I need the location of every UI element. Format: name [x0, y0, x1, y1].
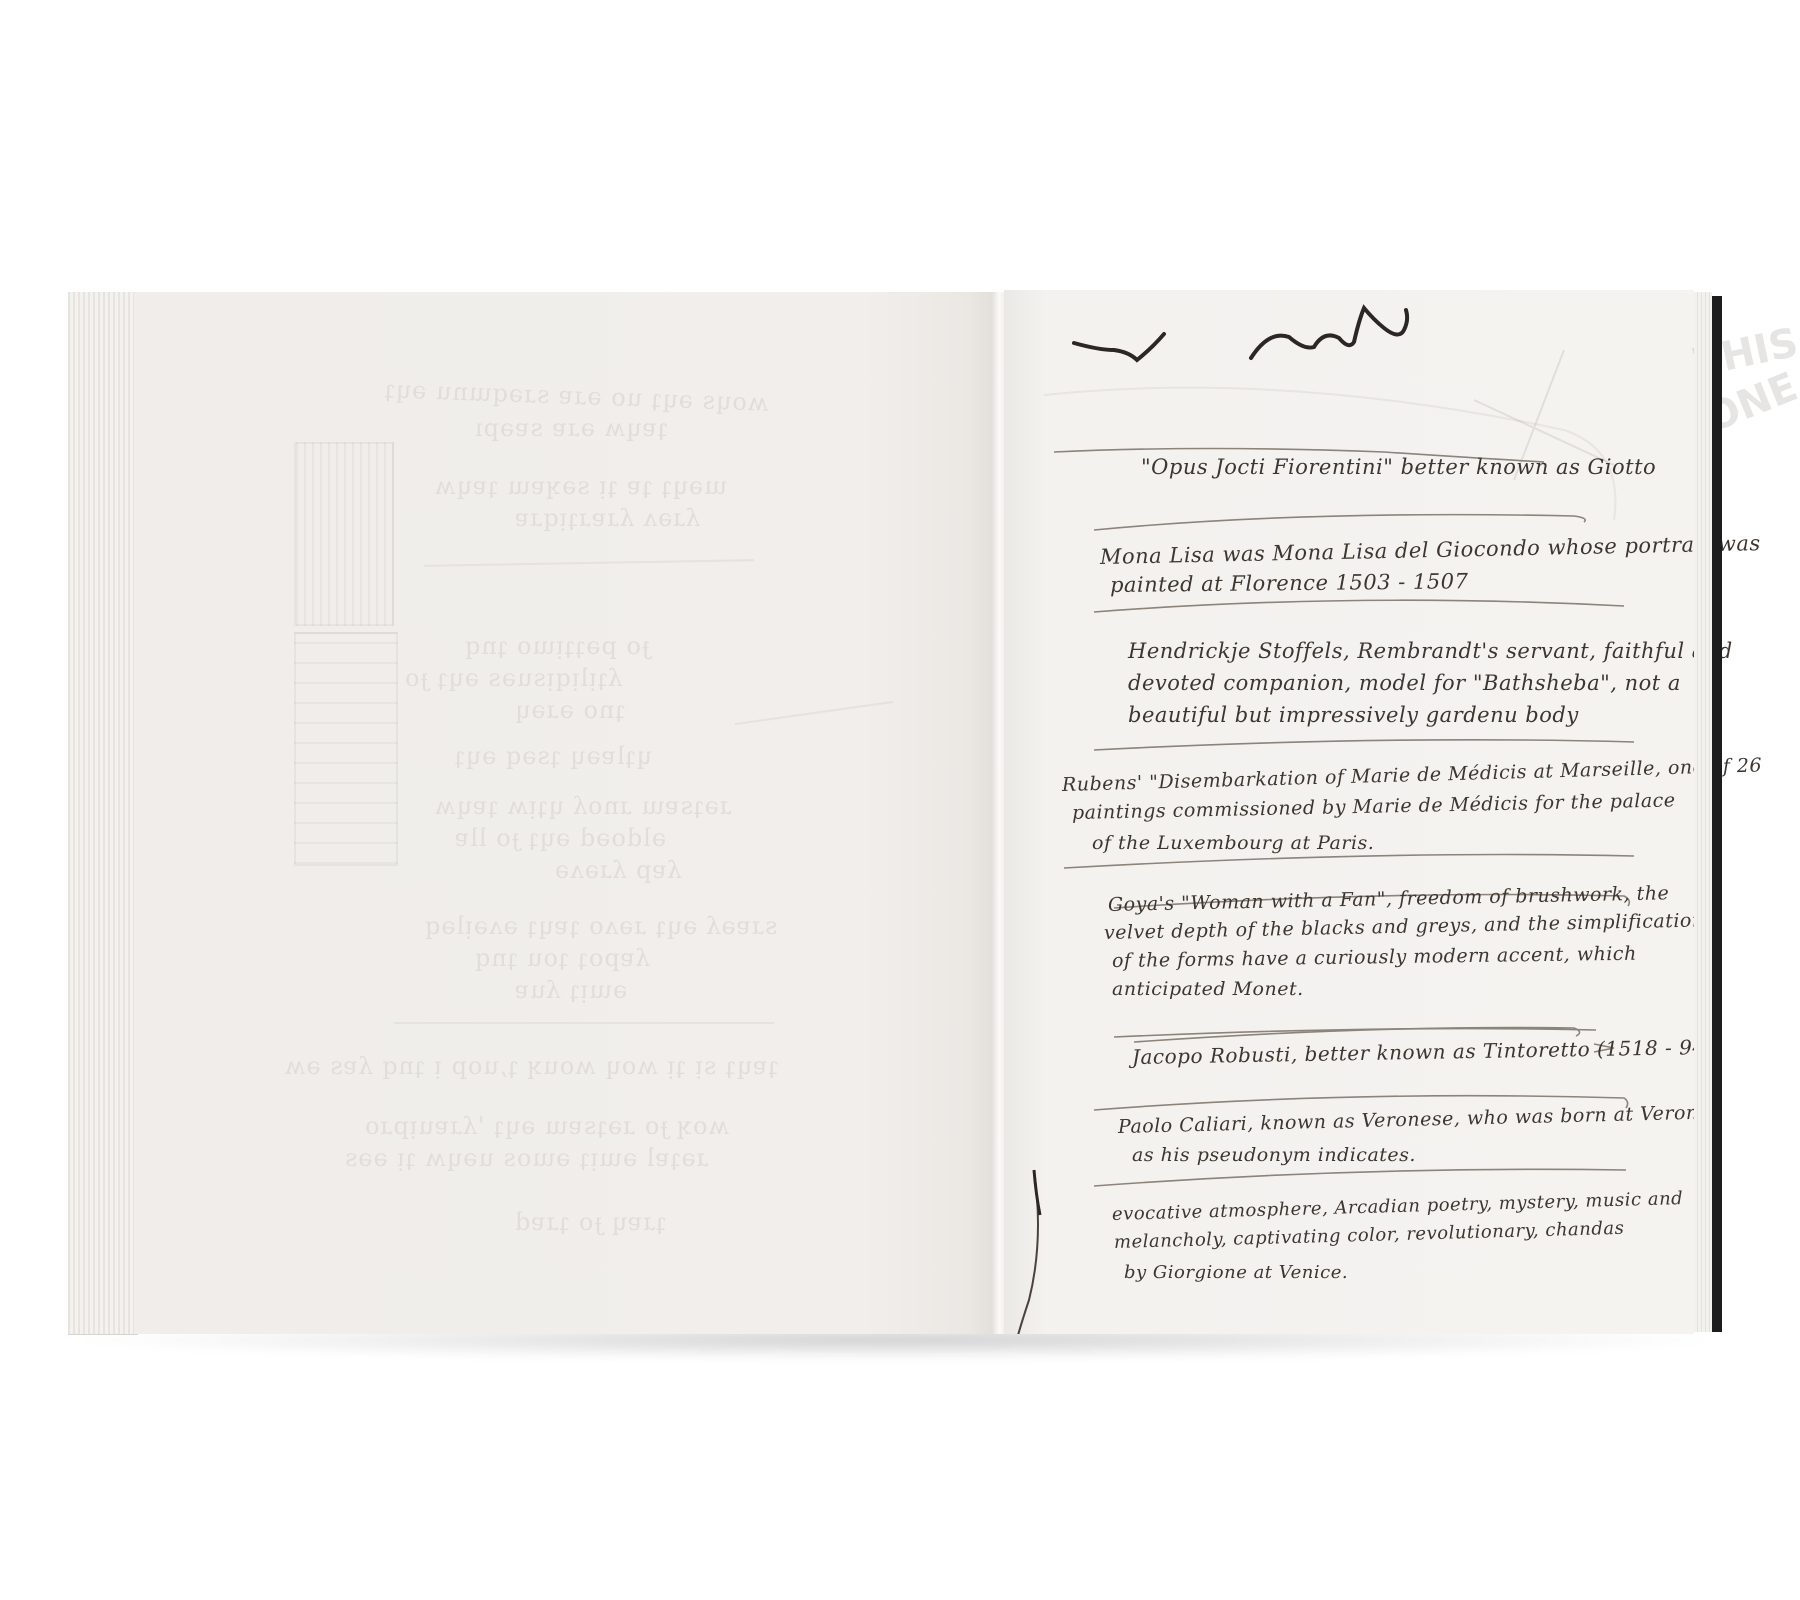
show-through-rule: [424, 559, 754, 567]
show-through-text: ɟo pǝʇʇᴉɯo ʇnq: [464, 632, 649, 660]
note-mona-lisa-line-2: painted at Florence 1503 - 1507: [1110, 566, 1469, 600]
note-hendrickje-line-2: devoted companion, model for "Bathsheba"…: [1128, 668, 1681, 698]
note-hendrickje-line-3: beautiful but impressively gardenu body: [1128, 700, 1579, 730]
show-through-text: ɹǝʇsɐɯ ɹnoʎ ɥʇᴉʍ ʇɐɥʍ: [434, 792, 732, 820]
show-through-text: ʇɹɐɥ ɟo ʇɹɐd: [514, 1208, 666, 1236]
show-through-text: ʇɐɥʇ sᴉ ʇᴉ ʍoɥ ʍouʞ ʇ,uop ᴉ ʇnq ʎɐs ǝʍ: [284, 1052, 778, 1080]
show-through-rule: [735, 701, 894, 725]
show-through-text: ʎɐp ʎɹǝʌǝ: [554, 856, 681, 884]
back-cover-edge: [1712, 296, 1722, 1332]
show-through-text: ǝldoǝd ǝɥʇ ɟo llɐ: [454, 824, 666, 852]
note-mona-lisa-line-1: Mona Lisa was Mona Lisa del Giocondo who…: [1100, 528, 1761, 572]
note-veronese-line-2: as his pseudonym indicates.: [1132, 1140, 1416, 1170]
left-page: ʍoɥs ǝɥʇ uo ǝɹɐ sɹǝqɯnu ǝɥʇ ʇɐɥʍ ǝɹɐ sɐǝ…: [134, 292, 994, 1334]
show-through-text: sɹɐǝʎ ǝɥʇ ɹǝʌo ʇɐɥʇ ǝʌǝᴉlǝq: [424, 912, 777, 940]
show-through-text: ʍoʞ ɟo ɹǝʇsɐɯ ǝɥʇ 'ʎɹɐuᴉpɹo: [364, 1112, 729, 1140]
show-through-text: ʇno ǝɹǝɥ: [514, 696, 625, 724]
show-through-text: ʎɐpoʇ ʇou ʇnq: [474, 944, 650, 972]
show-through-text: ʇɐɥʍ ǝɹɐ sɐǝpı: [474, 414, 668, 442]
note-tintoretto: Jacopo Robusti, better known as Tintoret…: [1132, 1032, 1714, 1072]
squiggle-short-icon: [1074, 334, 1164, 360]
left-page-block-edges: [68, 292, 138, 1335]
show-through-text: ɹǝʇɐl ǝɯᴉʇ ǝɯos uǝɥʍ ʇᴉ ǝǝs: [344, 1144, 709, 1172]
squiggle-wave-icon: [1251, 308, 1407, 358]
open-book: ʍoɥs ǝɥʇ uo ǝɹɐ sɹǝqɯnu ǝɥʇ ʇɐɥʍ ǝɹɐ sɐǝ…: [68, 282, 1736, 1346]
note-hendrickje-line-1: Hendrickje Stoffels, Rembrandt's servant…: [1128, 636, 1733, 666]
show-through-text: ʎɹǝʌ ʎɹɐɹʇᴉqɹɐ: [514, 504, 700, 532]
note-goya-line-4: anticipated Monet.: [1112, 974, 1304, 1004]
note-rubens-line-3: of the Luxembourg at Paris.: [1092, 828, 1374, 858]
note-goya-line-3: of the forms have a curiously modern acc…: [1112, 939, 1637, 976]
right-page: THIS ONE "Opu: [1004, 290, 1694, 1334]
show-through-figure: [294, 442, 394, 626]
note-giotto: "Opus Jocti Fiorentini" better known as …: [1141, 452, 1656, 482]
note-giorgione-line-3: by Giorgione at Venice.: [1124, 1258, 1348, 1288]
right-page-block-edges: [1694, 292, 1712, 1332]
show-through-text: ɥʇlɐǝɥ ʇsǝq ǝɥʇ: [454, 742, 652, 770]
note-veronese-line-1: Paolo Caliari, known as Veronese, who wa…: [1118, 1098, 1711, 1142]
show-through-text: ʍoɥs ǝɥʇ uo ǝɹɐ sɹǝqɯnu ǝɥʇ: [384, 375, 769, 416]
show-through-text: ʎʇᴉlᴉqᴉsuǝs ǝɥʇ ɟo: [404, 664, 622, 692]
show-through-rule: [394, 1022, 774, 1024]
show-through-table: [294, 632, 398, 866]
show-through-text: ǝɯᴉʇ ʎuɐ: [514, 976, 627, 1004]
show-through-text: ɯǝɥʇ ʇɐ ʇᴉ sǝʞɐɯ ʇɐɥʍ: [434, 472, 727, 500]
